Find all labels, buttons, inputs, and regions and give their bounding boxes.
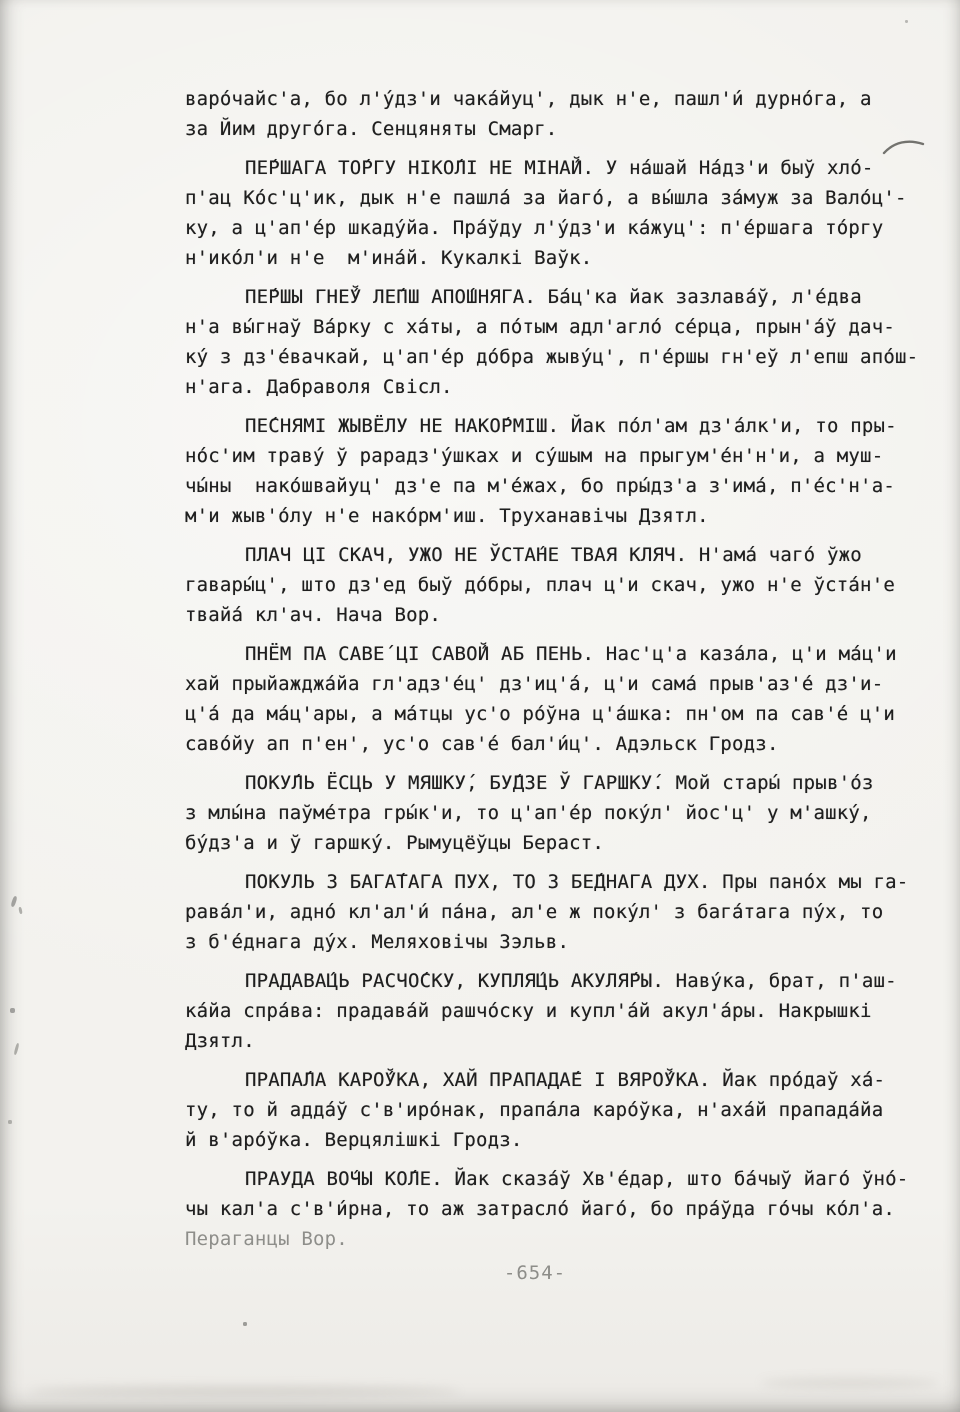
text-line: чы́ны нако́швайуц' дз'е па м'е́жах, бо п… bbox=[185, 471, 930, 501]
text-column: варо́чайс'а, бо л'у́дз'и чака́йуц', дык … bbox=[185, 84, 930, 1263]
text-line: ПНЁМ ПА САВЕ́ ЦІ САВО́Й АБ ПЕНЬ. Нас'ц'а… bbox=[185, 639, 930, 669]
text-line: з б'е́днага ду́х. Меляховічы Зэльв. bbox=[185, 927, 930, 957]
text-line: ПЛАЧ ЦІ СКАЧ, УЖО НЕ ЎСТА́НЕ ТВАЯ КЛЯЧ. … bbox=[185, 540, 930, 570]
text-line: гавары́ц', што дз'ед быў до́бры, плач ц'… bbox=[185, 570, 930, 600]
text-line: рава́л'и, адно́ кл'ал'и́ па́на, ал'е ж п… bbox=[185, 897, 930, 927]
paragraph: ПРАДАВА́ЦЬ РАСЧО́СКУ, КУПЛЯ́ЦЬ АКУЛЯ́РЫ.… bbox=[185, 966, 930, 1056]
paragraph: ПЕ́РШАГА ТО́РГУ НІКО́ЛІ НЕ МІНА́Й. У на́… bbox=[185, 153, 930, 273]
text-line: хай прыйажджа́йа гл'адз'е́ц' дз'иц'а́, ц… bbox=[185, 669, 930, 699]
paragraph: ПЛАЧ ЦІ СКАЧ, УЖО НЕ ЎСТА́НЕ ТВАЯ КЛЯЧ. … bbox=[185, 540, 930, 630]
text-line: Пераганцы Вор. bbox=[185, 1224, 930, 1254]
paragraph: ПРАУДА ВО́ЧЫ КО́ЛЕ. Йак сказа́ў Хв'е́дар… bbox=[185, 1164, 930, 1254]
text-line: ПЕ́СНЯМІ ЖЫВЁЛУ НЕ НАКО́РМІШ. Йак по́л'а… bbox=[185, 411, 930, 441]
text-line: но́с'им траву́ ў рарадз'у́шках и су́шым … bbox=[185, 441, 930, 471]
text-line: н'а вы́гнаў Ва́рку с ха́ты, а по́тым адл… bbox=[185, 312, 930, 342]
text-line: ПРАУДА ВО́ЧЫ КО́ЛЕ. Йак сказа́ў Хв'е́дар… bbox=[185, 1164, 930, 1194]
text-line: чы кал'а с'в'и́рна, то аж затрасло́ йаго… bbox=[185, 1194, 930, 1224]
text-line: ц'а́ да ма́ц'ары, а ма́тцы ус'о ро́ўна ц… bbox=[185, 699, 930, 729]
text-line: й в'аро́ўка. Верцялішкі Гродз. bbox=[185, 1125, 930, 1155]
paragraph: ПОКУ́ЛЬ ЁСЦЬ У МЯШКУ́, БУ́ДЗЕ Ў ГАРШКУ́.… bbox=[185, 768, 930, 858]
paragraph: ПЕ́СНЯМІ ЖЫВЁЛУ НЕ НАКО́РМІШ. Йак по́л'а… bbox=[185, 411, 930, 531]
text-line: Дзятл. bbox=[185, 1026, 930, 1056]
paragraph: ПНЁМ ПА САВЕ́ ЦІ САВО́Й АБ ПЕНЬ. Нас'ц'а… bbox=[185, 639, 930, 759]
text-line: ПЕ́РШЫ ГНЕ́Ў ЛЕ́ПШ АПО́ШНЯГА. Ба́ц'ка йа… bbox=[185, 282, 930, 312]
paragraph: ПРАПА́ЛА КАРО́ЎКА, ХАЙ ПРАПАДА́Е І ВЯРО́… bbox=[185, 1065, 930, 1155]
text-line: н'ико́л'и н'е м'ина́й. Кукалкі Ваўк. bbox=[185, 243, 930, 273]
text-line: ПРАПА́ЛА КАРО́ЎКА, ХАЙ ПРАПАДА́Е І ВЯРО́… bbox=[185, 1065, 930, 1095]
pen-mark bbox=[882, 136, 926, 158]
text-line: за Йим друго́га. Сенцяняты Смарг. bbox=[185, 114, 930, 144]
text-line: бу́дз'а и ў гаршку́. Рымуцёўцы Бераст. bbox=[185, 828, 930, 858]
page-number: -654- bbox=[185, 1262, 885, 1284]
paragraph: ПЕ́РШЫ ГНЕ́Ў ЛЕ́ПШ АПО́ШНЯГА. Ба́ц'ка йа… bbox=[185, 282, 930, 402]
paragraph: ПОКУЛЬ З БАГА́ТАГА ПУХ, ТО З БЕ́ДНАГА ДУ… bbox=[185, 867, 930, 957]
scanned-document-page: варо́чайс'а, бо л'у́дз'и чака́йуц', дык … bbox=[0, 0, 960, 1412]
text-line: варо́чайс'а, бо л'у́дз'и чака́йуц', дык … bbox=[185, 84, 930, 114]
text-line: н'ага. Дабраволя Свісл. bbox=[185, 372, 930, 402]
text-line: ту, то й адда́ў с'в'иро́нак, прапа́ла ка… bbox=[185, 1095, 930, 1125]
text-line: ку́ з дз'е́вачкай, ц'ап'е́р до́бра жыву́… bbox=[185, 342, 930, 372]
text-line: ПОКУ́ЛЬ ЁСЦЬ У МЯШКУ́, БУ́ДЗЕ Ў ГАРШКУ́.… bbox=[185, 768, 930, 798]
text-line: ку, а ц'ап'е́р шкаду́йа. Пра́ўду л'у́дз'… bbox=[185, 213, 930, 243]
text-line: п'ац Ко́с'ц'ик, дык н'е пашла́ за йаго́,… bbox=[185, 183, 930, 213]
paragraph: варо́чайс'а, бо л'у́дз'и чака́йуц', дык … bbox=[185, 84, 930, 144]
text-line: твайа́ кл'ач. Нача Вор. bbox=[185, 600, 930, 630]
text-line: ПРАДАВА́ЦЬ РАСЧО́СКУ, КУПЛЯ́ЦЬ АКУЛЯ́РЫ.… bbox=[185, 966, 930, 996]
text-line: саво́йу ап п'ен', ус'о сав'е́ бал'и́ц'. … bbox=[185, 729, 930, 759]
text-line: ПОКУЛЬ З БАГА́ТАГА ПУХ, ТО З БЕ́ДНАГА ДУ… bbox=[185, 867, 930, 897]
text-line: ка́йа спра́ва: прадава́й рашчо́ску и куп… bbox=[185, 996, 930, 1026]
text-line: ПЕ́РШАГА ТО́РГУ НІКО́ЛІ НЕ МІНА́Й. У на́… bbox=[185, 153, 930, 183]
text-line: м'и жыв'о́лу н'е нако́рм'иш. Труханавічы… bbox=[185, 501, 930, 531]
text-line: з млы́на паўме́тра гры́к'и, то ц'ап'е́р … bbox=[185, 798, 930, 828]
